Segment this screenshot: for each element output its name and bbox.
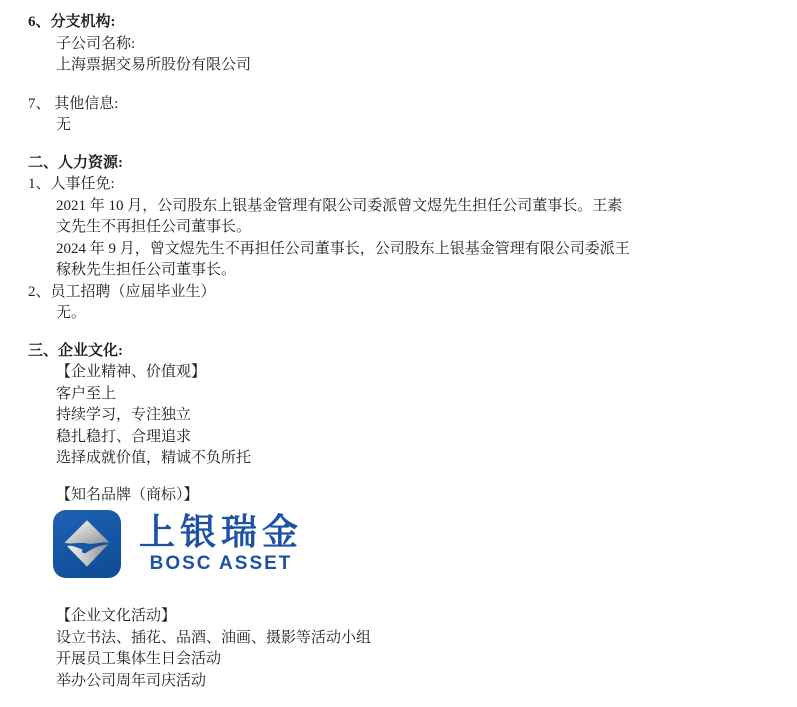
brand-name-en: BOSC ASSET	[139, 553, 303, 575]
brand-header: 【知名品牌（商标）】	[28, 485, 757, 507]
brand-name-cn: 上银瑞金	[139, 513, 303, 551]
subsidiary-name: 上海票据交易所股份有限公司	[28, 55, 757, 77]
activity-item-3: 举办公司周年司庆活动	[28, 671, 757, 693]
hr-heading: 二、人力资源:	[28, 153, 757, 175]
culture-value-3: 稳扎稳打、合理追求	[28, 427, 757, 449]
hr-appointment-2024-line1: 2024 年 9 月，曾文煜先生不再担任公司董事长，公司股东上银基金管理有限公司…	[28, 239, 757, 261]
hr-item2-heading: 2、员工招聘（应届毕业生）	[28, 282, 757, 304]
section-branch: 6、分支机构: 子公司名称: 上海票据交易所股份有限公司	[28, 12, 757, 77]
bosc-logo-text: 上银瑞金 BOSC ASSET	[139, 513, 303, 576]
culture-heading: 三、企业文化:	[28, 341, 757, 363]
hr-appointment-2021-line2: 文先生不再担任公司董事长。	[28, 217, 757, 239]
activity-item-2: 开展员工集体生日会活动	[28, 649, 757, 671]
document-page: 6、分支机构: 子公司名称: 上海票据交易所股份有限公司 7、 其他信息: 无 …	[0, 0, 797, 707]
culture-value-4: 选择成就价值，精诚不负所托	[28, 448, 757, 470]
section-brand: 【知名品牌（商标）】	[28, 485, 757, 579]
hr-item2-value: 无。	[28, 303, 757, 325]
hr-appointment-2024-line2: 稼秋先生担任公司董事长。	[28, 260, 757, 282]
hr-item1-heading: 1、人事任免:	[28, 174, 757, 196]
section-activities: 【企业文化活动】 设立书法、插花、品酒、油画、摄影等活动小组 开展员工集体生日会…	[28, 606, 757, 692]
bosc-logo-tile	[53, 510, 121, 578]
culture-spirit-header: 【企业精神、价值观】	[28, 362, 757, 384]
other-info-value: 无	[28, 115, 757, 137]
subsidiary-label: 子公司名称:	[28, 34, 757, 56]
culture-value-2: 持续学习，专注独立	[28, 405, 757, 427]
culture-value-1: 客户至上	[28, 384, 757, 406]
hr-appointment-2021-line1: 2021 年 10 月，公司股东上银基金管理有限公司委派曾文煜先生担任公司董事长…	[28, 196, 757, 218]
section-culture: 三、企业文化: 【企业精神、价值观】 客户至上 持续学习，专注独立 稳扎稳打、合…	[28, 341, 757, 470]
other-info-heading: 7、 其他信息:	[28, 94, 757, 116]
bosc-asset-logo: 上银瑞金 BOSC ASSET	[53, 510, 757, 578]
branch-heading: 6、分支机构:	[28, 12, 757, 34]
section-other-info: 7、 其他信息: 无	[28, 94, 757, 137]
diamond-arrow-icon	[60, 517, 114, 571]
section-hr: 二、人力资源: 1、人事任免: 2021 年 10 月，公司股东上银基金管理有限…	[28, 153, 757, 325]
activities-header: 【企业文化活动】	[28, 606, 757, 628]
activity-item-1: 设立书法、插花、品酒、油画、摄影等活动小组	[28, 628, 757, 650]
